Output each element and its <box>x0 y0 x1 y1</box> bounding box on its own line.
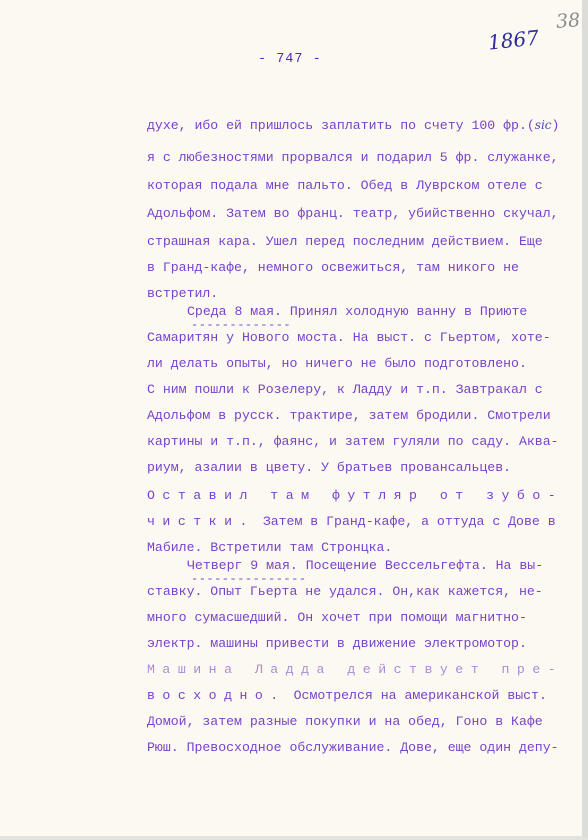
entry-heading-line: Среда 8 мая. Принял холодную ванну в При… <box>187 304 527 319</box>
text-line: Домой, затем разные покупки и на обед, Г… <box>147 714 543 729</box>
text-line: страшная кара. Ушел перед последним дейс… <box>147 234 543 249</box>
spaced-emphasis-word: восходно. <box>147 688 286 703</box>
text-line-content: Принял холодную ванну в Приюте <box>282 304 527 319</box>
page-number: - 747 - <box>258 52 322 67</box>
spaced-emphasis-word: чистки. <box>147 514 255 529</box>
text-line: восходно. Осмотрелся на американской выс… <box>147 688 547 703</box>
text-line: в Гранд-кафе, немного освежиться, там ни… <box>147 260 519 275</box>
text-line: С ним пошли к Розелеру, к Ладду и т.п. З… <box>147 382 543 397</box>
handwritten-year-annotation: 1867 <box>487 25 540 54</box>
text-line: ли делать опыты, но ничего не было подго… <box>147 356 527 371</box>
text-line: Рюш. Превосходное обслуживание. Дове, ещ… <box>147 740 559 755</box>
text-line: я с любезностями прорвался и подарил 5 ф… <box>147 150 559 165</box>
text-line: которая подала мне пальто. Обед в Луврск… <box>147 178 543 193</box>
spaced-emphasis-line: Оставил там футляр от зубо- <box>147 488 563 503</box>
text-line-content: Посещение Вессельгефта. На вы- <box>298 558 543 573</box>
text-line: духе, ибо ей пришлось заплатить по счету… <box>147 118 559 133</box>
text-line: Мабиле. Встретили там Стронцка. <box>147 540 392 555</box>
text-line-content: Осмотрелся на американской выст. <box>286 688 547 703</box>
insert-close-paren: ) <box>552 118 560 133</box>
text-line: ставку. Опыт Гьерта не удался. Он,как ка… <box>147 584 543 599</box>
text-line: риум, азалии в цвету. У братьев прованса… <box>147 460 511 475</box>
entry-date-heading: Среда 8 мая. <box>187 304 282 319</box>
text-line: картины и т.п., фаянс, и затем гуляли по… <box>147 434 559 449</box>
text-line: чистки. Затем в Гранд-кафе, а оттуда с Д… <box>147 514 556 529</box>
text-line: Адольфом. Затем во франц. театр, убийств… <box>147 206 559 221</box>
entry-heading-line: Четверг 9 мая. Посещение Вессельгефта. Н… <box>187 558 543 573</box>
document-page: - 747 - 1867 38 духе, ибо ей пришлось за… <box>0 0 588 840</box>
text-line: Адольфом в русск. трактире, затем бродил… <box>147 408 551 423</box>
text-line: Самаритян у Нового моста. На выст. с Гье… <box>147 330 551 345</box>
handwritten-sic-insert: sic <box>535 118 552 132</box>
handwritten-folio-number: 38 <box>555 9 581 33</box>
text-line: встретил. <box>147 286 218 301</box>
text-line-content: духе, ибо ей пришлось заплатить по счету… <box>147 118 535 133</box>
text-line: электр. машины привести в движение элект… <box>147 636 527 651</box>
text-line: много сумасшедший. Он хочет при помощи м… <box>147 610 527 625</box>
spaced-emphasis-line: Машина Ладда действует пре- <box>147 662 563 677</box>
text-line-content: Затем в Гранд-кафе, а оттуда с Дове в <box>255 514 556 529</box>
entry-date-heading: Четверг 9 мая. <box>187 558 298 573</box>
